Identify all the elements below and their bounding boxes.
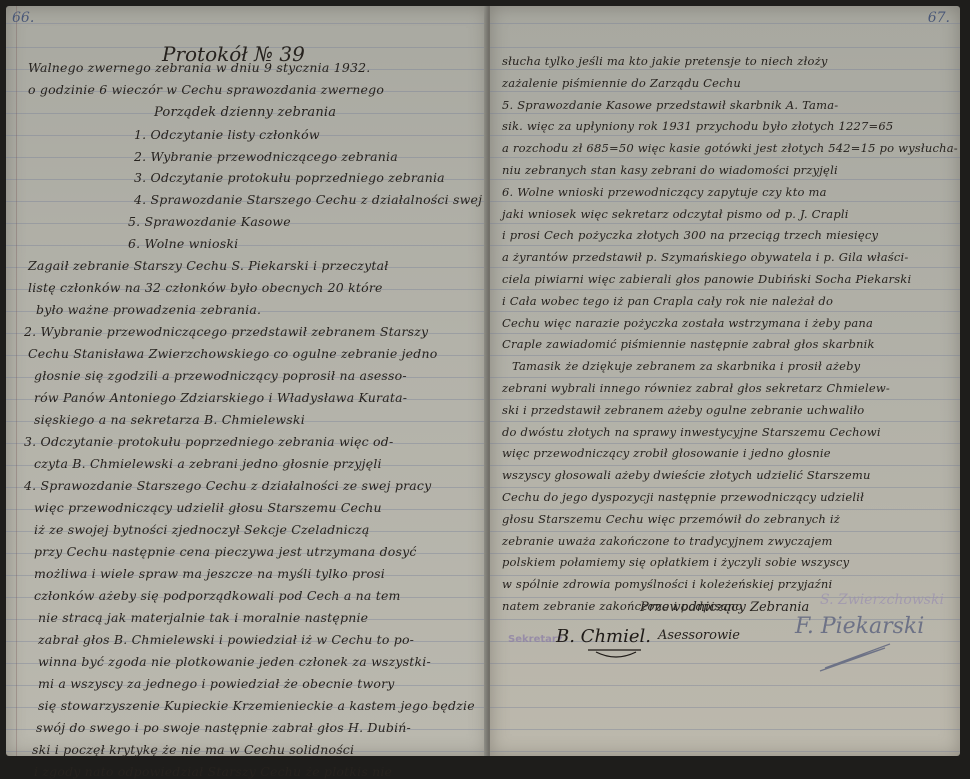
handwritten-line: się stowarzyszenie Kupieckie Krzemieniec… [38, 698, 475, 713]
handwritten-line: 3. Odczytanie protokułu poprzedniego zeb… [24, 434, 393, 449]
handwritten-line: członków ażeby się podporządkowali pod C… [34, 588, 401, 603]
handwritten-line: ski i poczęł krytykę że nie ma w Cechu s… [32, 742, 354, 757]
handwritten-line: głosnie się zgodzili a przewodniczący po… [34, 368, 407, 383]
handwritten-line: nie stracą jak materjalnie tak i moralni… [38, 610, 368, 625]
handwritten-line: wszyscy głosowali ażeby dwieście złotych… [502, 468, 871, 482]
handwritten-line: zabrał głos B. Chmielewski i powiedział … [38, 632, 414, 647]
secretary-stamp: Sekretarz [508, 634, 563, 645]
page-number: 66. [12, 10, 34, 26]
handwritten-line: i Cała wobec tego iż pan Crapla cały rok… [502, 294, 833, 308]
handwritten-line: niu zebranych stan kasy zebrani do wiado… [502, 163, 838, 177]
handwritten-line: Cechu więc narazie pożyczka została wstr… [502, 316, 873, 330]
margin-line [16, 6, 17, 756]
handwritten-line: 5. Sprawozdanie Kasowe [128, 214, 291, 229]
handwritten-line: 4. Sprawozdanie Starszego Cechu z działa… [24, 478, 431, 493]
handwritten-line: 6. Wolne wnioski [128, 236, 238, 251]
handwritten-line: ciela piwiarni więc zabierali głos panow… [502, 272, 911, 286]
handwritten-line: jaki wniosek więc sekretarz odczytał pis… [502, 207, 849, 221]
handwritten-line: możliwa i wiele spraw ma jeszcze na myśl… [34, 566, 385, 581]
handwritten-line: a żyrantów przedstawił p. Szymańskiego o… [502, 250, 909, 264]
handwritten-line: Walnego zwernego zebrania w dniu 9 stycz… [28, 60, 370, 75]
signature-flourish-icon [815, 626, 915, 676]
handwritten-line: iż ze swojej bytności zjednoczył Sekcje … [34, 522, 370, 537]
handwritten-line: 3. Odczytanie protokułu poprzedniego zeb… [134, 170, 445, 185]
handwritten-line: o godzinie 6 wieczór w Cechu sprawozdani… [28, 82, 384, 97]
chairman-label: Przewodniczący Zebrania [640, 600, 809, 615]
handwritten-line: zebrani wybrali innego równiez zabrał gł… [502, 381, 890, 395]
chairman-signature: S. Zwierzchowski [820, 592, 944, 608]
assessors-label: Asessorowie [658, 628, 740, 643]
handwritten-line: więc przewodniczący udzielił głosu Stars… [34, 500, 382, 515]
handwritten-line: winna być zgoda nie plotkowanie jeden cz… [38, 654, 431, 669]
handwritten-line: i prosi Cech pożyczka złotych 300 na prz… [502, 228, 878, 242]
handwritten-line: polskiem połamiemy się opłatkiem i życzy… [502, 555, 849, 569]
handwritten-line: sik. więc za upłyniony rok 1931 przychod… [502, 119, 893, 133]
handwritten-line: swój do swego i po swoje następnie zabra… [36, 720, 411, 735]
signature-underline-icon [586, 646, 646, 662]
handwritten-line: rów Panów Antoniego Zdziarskiego i Włady… [34, 390, 407, 405]
handwritten-line: w spólnie zdrowia pomyślności i koleżeńs… [502, 577, 832, 591]
left-page: 66. Protokół № 39 Walnego zwernego zebra… [6, 6, 488, 756]
handwritten-line: do dwóstu złotych na sprawy inwestycyjne… [502, 425, 881, 439]
handwritten-line: Tamasik że dziękuje zebranem za skarbnik… [512, 359, 860, 373]
handwritten-line: czyta B. Chmielewski a zebrani jedno gło… [34, 456, 382, 471]
handwritten-line: zebranie uważa zakończone to tradycyjnem… [502, 534, 833, 548]
handwritten-line: Craple zawiadomić piśmiennie następnie z… [502, 337, 875, 351]
handwritten-line: było ważne prowadzenia zebrania. [36, 302, 261, 317]
handwritten-line: Cechu do jego dyspozycji następnie przew… [502, 490, 864, 504]
handwritten-line: listę członków na 32 członków było obecn… [28, 280, 383, 295]
handwritten-line: a rozchodu zł 685=50 więc kasie gotówki … [502, 141, 958, 155]
secretary-signature: B. Chmiel. [556, 626, 651, 647]
page-number: 67. [928, 10, 950, 26]
handwritten-line: 2. Wybranie przewodniczącego przedstawił… [24, 324, 428, 339]
handwritten-line: 2. Wybranie przewodniczącego zebrania [134, 149, 398, 164]
handwritten-line: słucha tylko jeśli ma kto jakie pretensj… [502, 54, 828, 68]
handwritten-line: 5. Sprawozdanie Kasowe przedstawił skarb… [502, 98, 838, 112]
handwritten-line: Zagaił zebranie Starszy Cechu S. Piekars… [28, 258, 388, 273]
handwritten-line: mi a wszyscy za jednego i powiedział że … [38, 676, 395, 691]
handwritten-line: 6. Wolne wnioski przewodniczący zapytuje… [502, 185, 827, 199]
handwritten-line: sięskiego a na sekretarza B. Chmielewski [34, 412, 305, 427]
handwritten-line: głosu Starszemu Cechu więc przemówił do … [502, 512, 840, 526]
handwritten-line: Cechu Stanisława Zwierzchowskiego co ogu… [28, 346, 437, 361]
handwritten-line: zażalenie piśmiennie do Zarządu Cechu [502, 76, 741, 90]
handwritten-line: 1. Odczytanie listy członków [134, 127, 320, 142]
ledger-spread: 66. Protokół № 39 Walnego zwernego zebra… [0, 0, 970, 767]
handwritten-line: ski i przedstawił zebranem ażeby ogulne … [502, 403, 864, 417]
handwritten-line: przy Cechu następnie cena pieczywa jest … [34, 544, 417, 559]
handwritten-line: 4. Sprawozdanie Starszego Cechu z działa… [134, 192, 482, 207]
handwritten-line: Porządek dzienny zebrania [154, 105, 336, 120]
right-page: 67. słucha tylko jeśli ma kto jakie pret… [490, 6, 960, 756]
handwritten-line: więc przewodniczący zrobił głosowanie i … [502, 446, 831, 460]
